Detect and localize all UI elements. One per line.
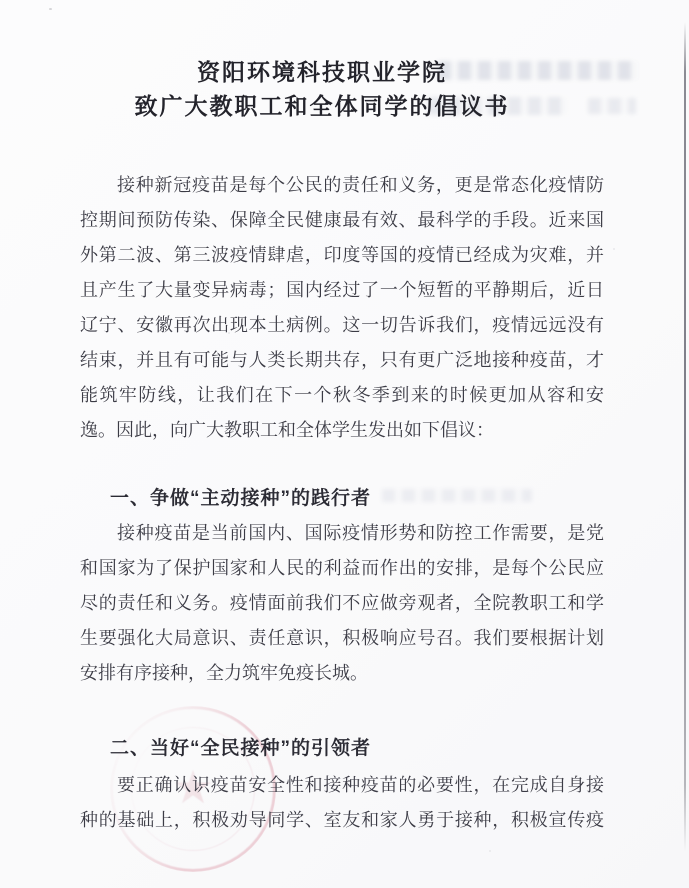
text-line: 生要强化大局意识、责任意识，积极响应号召。我们要根据计划 [80,621,604,656]
text-line: 逸。因此，向广大教职工和全体学生发出如下倡议： [80,413,604,448]
section-1-paragraph: 接种疫苗是当前国内、国际疫情形势和防控工作需要，是党和国家为了保护国家和人民的利… [80,516,604,691]
text-line: 控期间预防传染、保障全民健康最有效、最科学的手段。近来国 [80,203,604,238]
scan-edge-line [684,22,686,852]
text-line: 外第二波、第三波疫情肆虐，印度等国的疫情已经成为灾难，并 [80,238,604,273]
text-line: 安排有序接种，全力筑牢免疫长城。 [80,656,604,691]
text-line: 要正确认识疫苗安全性和接种疫苗的必要性，在完成自身接 [80,768,604,803]
text-line: 尽的责任和义务。疫情面前我们不应做旁观者，全院教职工和学 [80,586,604,621]
text-line: 辽宁、安徽再次出现本土病例。这一切告诉我们，疫情远远没有 [80,308,604,343]
text-line: 且产生了大量变异病毒；国内经过了一个短暂的平静期后，近日 [80,273,604,308]
text-line: 能筑牢防线，让我们在下一个秋冬季到来的时候更加从容和安 [80,378,604,413]
scan-speckle [49,8,52,10]
bleedthrough-artifact [588,98,636,114]
text-line: 结束，并且有可能与人类长期共存，只有更广泛地接种疫苗，才 [80,343,604,378]
section-2-heading: 二、当好“全民接种”的引领者 [80,731,634,766]
document-title: 资阳环境科技职业学院 致广大教职工和全体同学的倡议书 [60,55,584,123]
title-line-2: 致广大教职工和全体同学的倡议书 [60,89,584,123]
section-1-heading: 一、争做“主动接种”的践行者 [80,481,634,516]
scan-speckle [613,248,615,250]
scanned-document-page: ★ 资阳环境科技职业学院 致广大教职工和全体同学的倡议书 接种新冠疫苗是每个公民… [0,0,689,888]
section-2-paragraph: 要正确认识疫苗安全性和接种疫苗的必要性，在完成自身接种的基础上，积极劝导同学、室… [80,768,604,838]
text-line: 种的基础上，积极劝导同学、室友和家人勇于接种，积极宣传疫 [80,803,604,838]
text-line: 和国家为了保护国家和人民的利益而作出的安排，是每个公民应 [80,551,604,586]
text-line: 接种新冠疫苗是每个公民的责任和义务，更是常态化疫情防 [80,168,604,203]
scan-speckle [489,850,491,852]
title-line-1: 资阳环境科技职业学院 [60,55,584,89]
paragraph-intro: 接种新冠疫苗是每个公民的责任和义务，更是常态化疫情防控期间预防传染、保障全民健康… [80,168,604,448]
text-line: 接种疫苗是当前国内、国际疫情形势和防控工作需要，是党 [80,516,604,551]
